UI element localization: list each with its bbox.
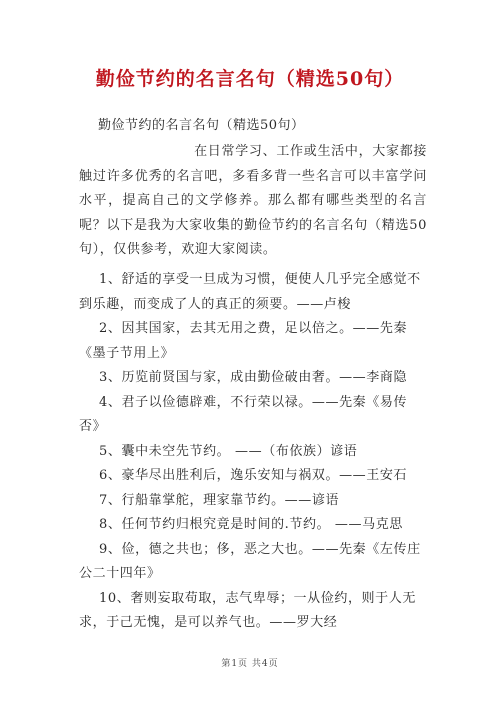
- list-item: 5、囊中未空先节约。 ——（布依族）谚语: [79, 440, 427, 465]
- list-item: 1、舒适的享受一旦成为习惯，便使人几乎完全感觉不到乐趣，而变成了人的真正的须要。…: [79, 268, 427, 317]
- list-item: 2、因其国家，去其无用之费，足以倍之。——先秦《墨子节用上》: [79, 317, 427, 366]
- list-item: 3、历览前贤国与家，成由勤俭破由奢。——李商隐: [79, 366, 427, 391]
- list-item: 10、奢则妄取苟取，志气卑辱；一从俭约，则于人无求，于己无愧，是可以养气也。——…: [79, 587, 427, 636]
- intro-text: 在日常学习、工作或生活中，大家都接触过许多优秀的名言吧，多看多背一些名言可以丰富…: [79, 144, 427, 257]
- list-item: 8、任何节约归根究竟是时间的.节约。 ——马克思: [79, 513, 427, 538]
- document-subtitle: 勤俭节约的名言名句（精选50句）: [98, 116, 305, 136]
- list-item: 6、豪华尽出胜利后，逸乐安知与祸双。——王安石: [79, 464, 427, 489]
- page-title: 勤俭节约的名言名句（精选50句）: [0, 66, 500, 92]
- page-number: 第1页 共4页: [0, 656, 500, 669]
- document-page: 勤俭节约的名言名句（精选50句） 勤俭节约的名言名句（精选50句） 在日常学习、…: [0, 0, 500, 707]
- list-item: 4、君子以俭德辟难，不行荣以禄。——先秦《易传否》: [79, 391, 427, 440]
- quote-list: 1、舒适的享受一旦成为习惯，便使人几乎完全感觉不到乐趣，而变成了人的真正的须要。…: [79, 268, 427, 636]
- list-item: 9、俭，德之共也；侈，恶之大也。——先秦《左传庄公二十四年》: [79, 538, 427, 587]
- list-item: 7、行船靠掌舵，理家靠节约。——谚语: [79, 489, 427, 514]
- intro-paragraph: 在日常学习、工作或生活中，大家都接触过许多优秀的名言吧，多看多背一些名言可以丰富…: [79, 140, 427, 263]
